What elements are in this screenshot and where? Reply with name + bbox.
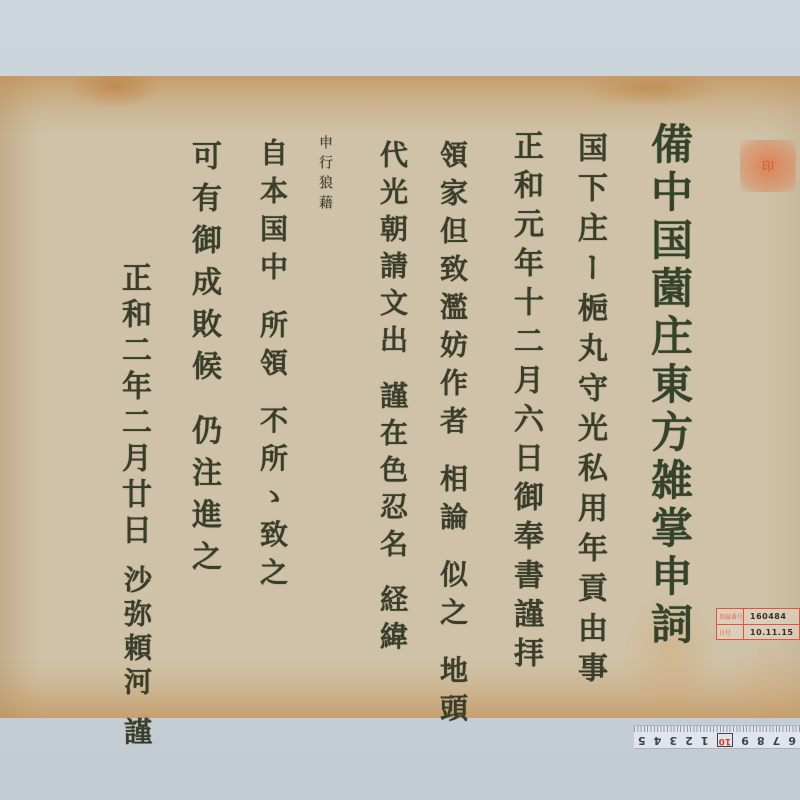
measurement-ruler: 6 7 8 9 10 1 2 3 4 5 (634, 725, 800, 749)
ruler-num: 3 (669, 733, 677, 747)
text-column-1: 備中国薗庄東方雑掌申詞 (648, 122, 690, 650)
signature: 沙弥頼河 謹 (122, 565, 150, 751)
ruler-num: 7 (773, 733, 781, 747)
ruler-num: 2 (685, 733, 693, 747)
ruler-numbers: 6 7 8 9 10 1 2 3 4 5 (634, 733, 800, 747)
ruler-num: 4 (654, 733, 662, 747)
ruler-num: 5 (638, 733, 646, 747)
text-column-6-annotation: 申行狼藉 (318, 135, 332, 215)
stamp-label-number: 登録番号 (717, 609, 744, 624)
stamp-label-date: 日付 (717, 625, 744, 640)
text-column-2: 国下庄ー梔丸守光私用年貢由事 (574, 132, 604, 692)
ruler-num: 1 (701, 733, 709, 747)
red-seal-stamp: 印 (740, 140, 796, 192)
stamp-date: 10.11.15 (744, 628, 793, 637)
seal-text: 印 (760, 160, 777, 173)
ruler-ticks (634, 726, 800, 732)
ruler-num-highlight: 10 (717, 733, 734, 747)
stamp-number: 160484 (744, 612, 786, 621)
text-column-8: 可有御成敗候 仍注進之 (188, 140, 218, 582)
text-column-4: 領家但致濫妨作者 相論 似之 地頭 (438, 140, 466, 731)
registration-stamp: 登録番号 160484 日付 10.11.15 (716, 608, 800, 640)
ruler-num: 6 (788, 733, 796, 747)
ruler-num: 9 (741, 733, 749, 747)
ruler-num: 8 (757, 733, 765, 747)
date-column: 正和二年二月廿日 (118, 262, 148, 550)
text-column-7: 自本国中 所領 不所ゝ致之 (258, 138, 286, 596)
text-column-3: 正和元年十二月六日御奉書謹拝 (510, 130, 540, 676)
text-column-5: 代光朝請文出 謹在色忍名 経緯 (378, 140, 406, 659)
